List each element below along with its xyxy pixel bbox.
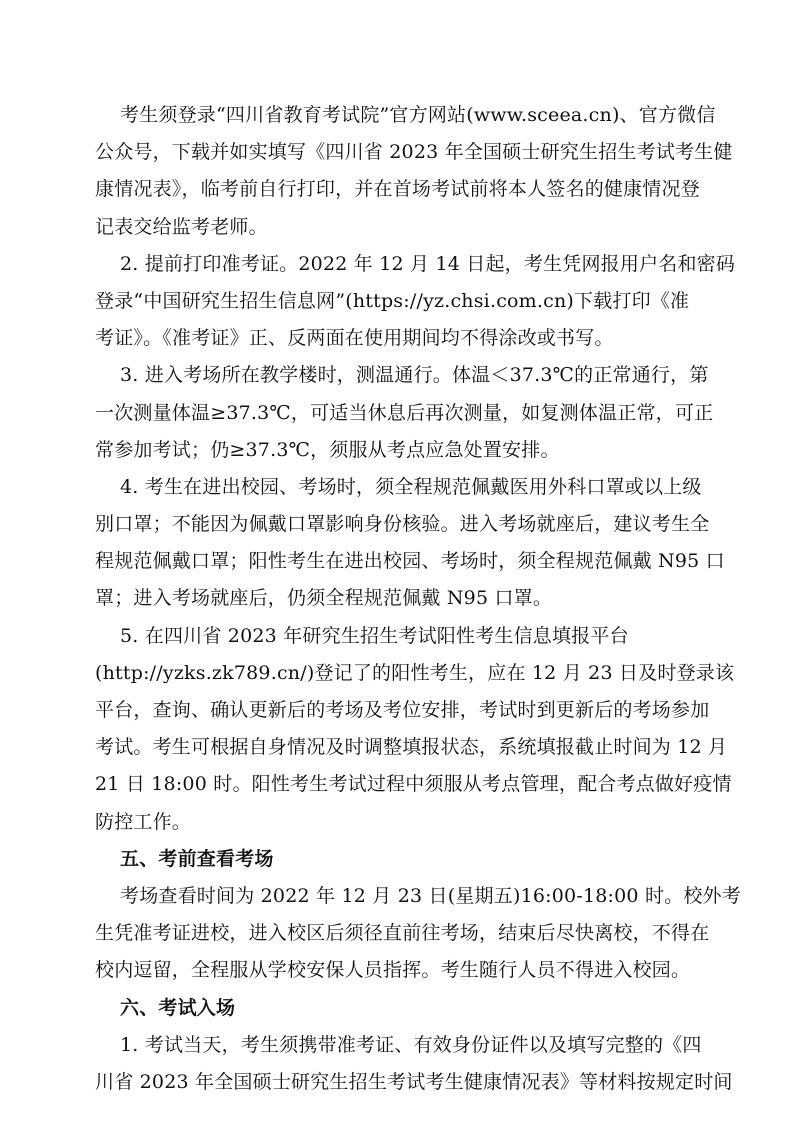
paragraph-line: 川省 2023 年全国硕士研究生招生考试考生健康情况表》等材料按规定时间 bbox=[95, 1064, 715, 1101]
paragraph-line: 1. 考试当天，考生须携带准考证、有效身份证件以及填写完整的《四 bbox=[95, 1027, 715, 1064]
paragraph-line: (http://yzks.zk789.cn/)登记了的阳性考生，应在 12 月 … bbox=[95, 655, 715, 692]
paragraph-line: 4. 考生在进出校园、考场时，须全程规范佩戴医用外科口罩或以上级 bbox=[95, 469, 715, 506]
paragraph-line: 罩；进入考场就座后，仍须全程规范佩戴 N95 口罩。 bbox=[95, 580, 715, 617]
paragraph-line: 21 日 18:00 时。阳性考生考试过程中须服从考点管理，配合考点做好疫情 bbox=[95, 766, 715, 803]
paragraph-line: 公众号，下载并如实填写《四川省 2023 年全国硕士研究生招生考试考生健 bbox=[95, 134, 715, 171]
paragraph-line: 校内逗留，全程服从学校安保人员指挥。考生随行人员不得进入校园。 bbox=[95, 952, 715, 989]
paragraph-line: 防控工作。 bbox=[95, 804, 715, 841]
paragraph-line: 别口罩；不能因为佩戴口罩影响身份核验。进入考场就座后，建议考生全 bbox=[95, 506, 715, 543]
paragraph-line: 康情况表》，临考前自行打印，并在首场考试前将本人签名的健康情况登 bbox=[95, 171, 715, 208]
paragraph-line: 平台，查询、确认更新后的考场及考位安排，考试时到更新后的考场参加 bbox=[95, 692, 715, 729]
section-heading-exam-venue-preview: 五、考前查看考场 bbox=[95, 841, 715, 878]
paragraph-line: 考试。考生可根据自身情况及时调整填报状态，系统填报截止时间为 12 月 bbox=[95, 729, 715, 766]
paragraph-line: 3. 进入考场所在教学楼时，测温通行。体温＜37.3℃的正常通行，第 bbox=[95, 357, 715, 394]
section-heading-exam-entry: 六、考试入场 bbox=[95, 990, 715, 1027]
paragraph-line: 程规范佩戴口罩；阳性考生在进出校园、考场时，须全程规范佩戴 N95 口 bbox=[95, 543, 715, 580]
paragraph-line: 考场查看时间为 2022 年 12 月 23 日(星期五)16:00-18:00… bbox=[95, 878, 715, 915]
paragraph-line: 考证》。《准考证》正、反两面在使用期间均不得涂改或书写。 bbox=[95, 320, 715, 357]
paragraph-line: 2. 提前打印准考证。2022 年 12 月 14 日起，考生凭网报用户名和密码 bbox=[95, 246, 715, 283]
paragraph-line: 登录“中国研究生招生信息网”(https://yz.chsi.com.cn)下载… bbox=[95, 283, 715, 320]
paragraph-line: 考生须登录“四川省教育考试院”官方网站(www.sceea.cn)、官方微信 bbox=[95, 97, 715, 134]
paragraph-line: 生凭准考证进校，进入校区后须径直前往考场，结束后尽快离校，不得在 bbox=[95, 915, 715, 952]
document-page: 考生须登录“四川省教育考试院”官方网站(www.sceea.cn)、官方微信 公… bbox=[95, 97, 715, 1101]
paragraph-line: 常参加考试；仍≥37.3℃，须服从考点应急处置安排。 bbox=[95, 432, 715, 469]
paragraph-line: 5. 在四川省 2023 年研究生招生考试阳性考生信息填报平台 bbox=[95, 618, 715, 655]
paragraph-line: 记表交给监考老师。 bbox=[95, 209, 715, 246]
paragraph-line: 一次测量体温≥37.3℃，可适当休息后再次测量，如复测体温正常，可正 bbox=[95, 395, 715, 432]
